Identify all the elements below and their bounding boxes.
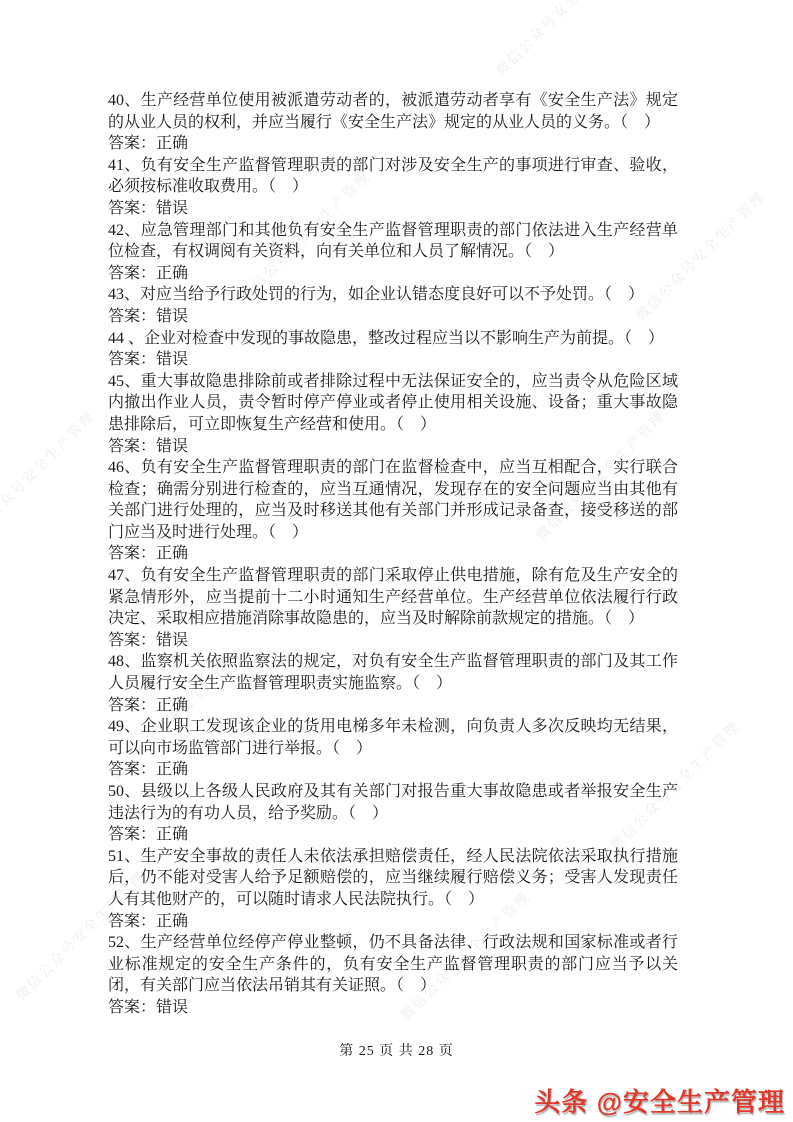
question-block: 40、生产经营单位使用被派遣劳动者的，被派遣劳动者享有《安全生产法》规定的从业人… <box>108 90 678 155</box>
question-block: 42、应急管理部门和其他负有安全生产监督管理职责的部门依法进入生产经营单位检查，… <box>108 220 678 285</box>
question-text: 43、对应当给予行政处罚的行为，如企业认错态度良好可以不予处罚。（ ） <box>108 284 678 306</box>
answer-line: 答案：错误 <box>108 630 678 652</box>
question-block: 44 、企业对检查中发现的事故隐患，整改过程应当以不影响生产为前提。（ ）答案：… <box>108 328 678 371</box>
question-block: 52、生产经营单位经停产停业整顿，仍不具备法律、行政法规和国家标准或者行业标准规… <box>108 932 678 1018</box>
question-text: 51、生产安全事故的责任人未依法承担赔偿责任，经人民法院依法采取执行措施后，仍不… <box>108 846 678 911</box>
answer-prefix: 答案： <box>108 200 156 217</box>
answer-prefix: 答案： <box>108 351 156 368</box>
question-block: 41、负有安全生产监督管理职责的部门对涉及安全生产的事项进行审查、验收，必须按标… <box>108 155 678 220</box>
answer-value: 正确 <box>156 697 188 714</box>
answer-line: 答案：正确 <box>108 824 678 846</box>
question-block: 43、对应当给予行政处罚的行为，如企业认错态度良好可以不予处罚。（ ）答案：错误 <box>108 284 678 327</box>
question-block: 46、负有安全生产监督管理职责的部门在监督检查中，应当互相配合，实行联合检查；确… <box>108 457 678 565</box>
question-text: 42、应急管理部门和其他负有安全生产监督管理职责的部门依法进入生产经营单位检查，… <box>108 220 678 263</box>
question-block: 51、生产安全事故的责任人未依法承担赔偿责任，经人民法院依法采取执行措施后，仍不… <box>108 846 678 932</box>
answer-prefix: 答案： <box>108 545 156 562</box>
question-text: 40、生产经营单位使用被派遣劳动者的，被派遣劳动者享有《安全生产法》规定的从业人… <box>108 90 678 133</box>
answer-value: 正确 <box>156 265 188 282</box>
answer-prefix: 答案： <box>108 135 156 152</box>
answer-prefix: 答案： <box>108 438 156 455</box>
answer-line: 答案：错误 <box>108 306 678 328</box>
answer-prefix: 答案： <box>108 999 156 1016</box>
answer-value: 错误 <box>156 999 188 1016</box>
answer-value: 错误 <box>156 351 188 368</box>
answer-value: 正确 <box>156 761 188 778</box>
question-text: 45、重大事故隐患排除前或者排除过程中无法保证安全的，应当责令从危险区域内撤出作… <box>108 371 678 436</box>
answer-line: 答案：正确 <box>108 759 678 781</box>
toutiao-badge: 头条 @安全生产管理 <box>534 1082 785 1119</box>
answer-value: 正确 <box>156 545 188 562</box>
question-text: 49、企业职工发现该企业的货用电梯多年未检测，向负责人多次反映均无结果，可以向市… <box>108 716 678 759</box>
answer-line: 答案：错误 <box>108 997 678 1019</box>
question-block: 47、负有安全生产监督管理职责的部门采取停止供电措施，除有危及生产安全的紧急情形… <box>108 565 678 651</box>
answer-value: 错误 <box>156 308 188 325</box>
answer-value: 正确 <box>156 826 188 843</box>
page-number-footer: 第 25 页 共 28 页 <box>0 1040 793 1060</box>
watermark-text: 微信公众号安全生产管理 <box>491 0 630 80</box>
answer-value: 错误 <box>156 632 188 649</box>
question-text: 47、负有安全生产监督管理职责的部门采取停止供电措施，除有危及生产安全的紧急情形… <box>108 565 678 630</box>
watermark-text: 微信公众号安全生产管理 <box>0 406 99 545</box>
answer-prefix: 答案： <box>108 761 156 778</box>
question-block: 48、监察机关依照监察法的规定，对负有安全生产监督管理职责的部门及其工作人员履行… <box>108 651 678 716</box>
answer-line: 答案：正确 <box>108 263 678 285</box>
answer-value: 错误 <box>156 438 188 455</box>
question-text: 52、生产经营单位经停产停业整顿，仍不具备法律、行政法规和国家标准或者行业标准规… <box>108 932 678 997</box>
answer-line: 答案：正确 <box>108 911 678 933</box>
question-text: 46、负有安全生产监督管理职责的部门在监督检查中，应当互相配合，实行联合检查；确… <box>108 457 678 543</box>
answer-value: 错误 <box>156 200 188 217</box>
question-text: 48、监察机关依照监察法的规定，对负有安全生产监督管理职责的部门及其工作人员履行… <box>108 651 678 694</box>
answer-prefix: 答案： <box>108 826 156 843</box>
answer-line: 答案：错误 <box>108 436 678 458</box>
answer-line: 答案：正确 <box>108 695 678 717</box>
answer-line: 答案：错误 <box>108 349 678 371</box>
questions-list: 40、生产经营单位使用被派遣劳动者的，被派遣劳动者享有《安全生产法》规定的从业人… <box>108 90 678 1019</box>
answer-prefix: 答案： <box>108 265 156 282</box>
question-text: 50、县级以上各级人民政府及其有关部门对报告重大事故隐患或者举报安全生产违法行为… <box>108 781 678 824</box>
answer-prefix: 答案： <box>108 308 156 325</box>
document-page: 微信公众号安全生产管理微信公众号安全生产管理微信公众号安全生产管理微信公众号安全… <box>0 0 793 1122</box>
question-block: 49、企业职工发现该企业的货用电梯多年未检测，向负责人多次反映均无结果，可以向市… <box>108 716 678 781</box>
question-block: 45、重大事故隐患排除前或者排除过程中无法保证安全的，应当责令从危险区域内撤出作… <box>108 371 678 457</box>
answer-value: 正确 <box>156 913 188 930</box>
question-text: 41、负有安全生产监督管理职责的部门对涉及安全生产的事项进行审查、验收，必须按标… <box>108 155 678 198</box>
question-block: 50、县级以上各级人民政府及其有关部门对报告重大事故隐患或者举报安全生产违法行为… <box>108 781 678 846</box>
answer-prefix: 答案： <box>108 697 156 714</box>
answer-line: 答案：正确 <box>108 543 678 565</box>
answer-line: 答案：正确 <box>108 133 678 155</box>
answer-prefix: 答案： <box>108 632 156 649</box>
answer-value: 正确 <box>156 135 188 152</box>
question-text: 44 、企业对检查中发现的事故隐患，整改过程应当以不影响生产为前提。（ ） <box>108 328 678 350</box>
answer-prefix: 答案： <box>108 913 156 930</box>
answer-line: 答案：错误 <box>108 198 678 220</box>
